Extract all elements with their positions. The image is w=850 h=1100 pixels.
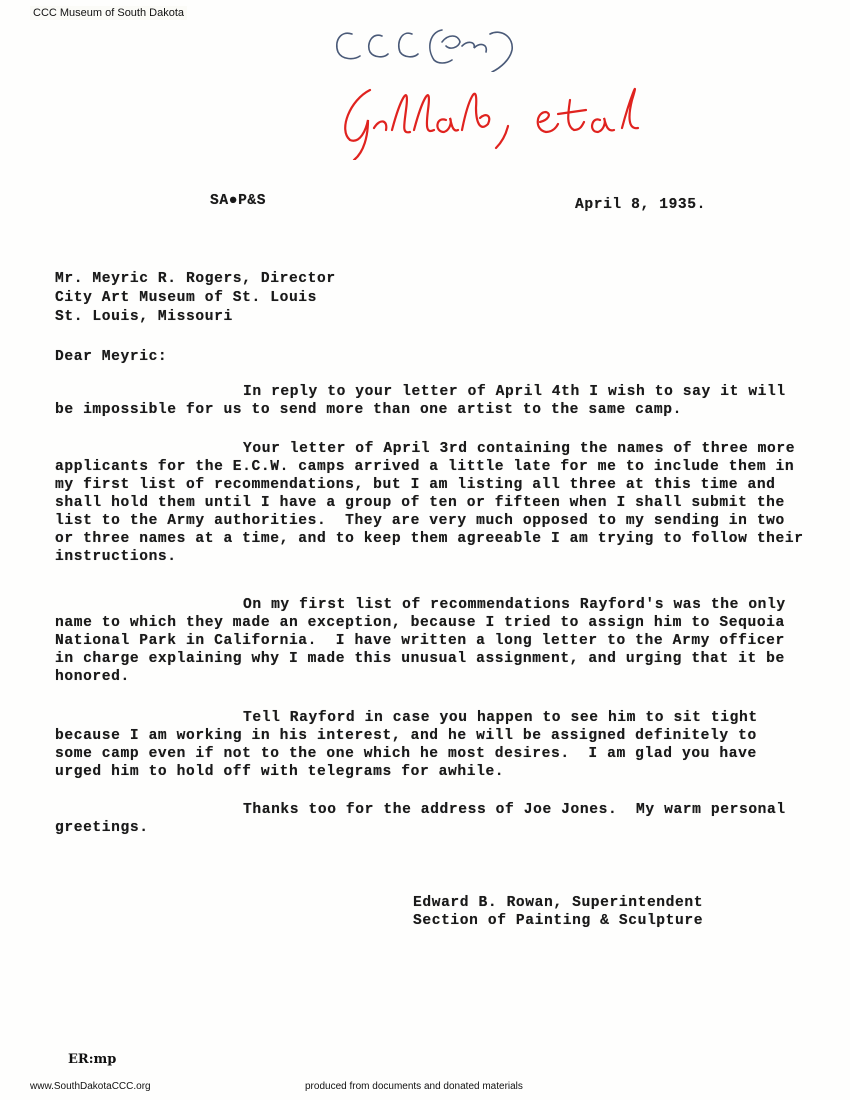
paragraph-line: honored. [55,668,130,686]
archive-header: CCC Museum of South Dakota [30,6,187,20]
paragraph-line: shall hold them until I have a group of … [55,494,785,512]
paragraph-line: my first list of recommendations, but I … [55,476,776,494]
recipient-line-1: Mr. Meyric R. Rogers, Director [55,270,336,288]
recipient-line-2: City Art Museum of St. Louis [55,289,317,307]
paragraph-line: greetings. [55,819,149,837]
signature-line-2: Section of Painting & Sculpture [413,912,703,930]
paragraph-line: National Park in California. I have writ… [55,632,785,650]
salutation: Dear Meyric: [55,348,167,366]
footer-note: produced from documents and donated mate… [305,1081,523,1092]
paragraph-line: some camp even if not to the one which h… [55,745,757,763]
paragraph-line: Tell Rayford in case you happen to see h… [243,709,758,727]
scanned-letter-page: CCC Museum of South Dakota [0,0,850,1100]
paragraph-line: applicants for the E.C.W. camps arrived … [55,458,794,476]
paragraph-line: urged him to hold off with telegrams for… [55,763,504,781]
reference-code: SA●P&S [210,192,266,210]
paragraph-line: because I am working in his interest, an… [55,727,757,745]
letter-date: April 8, 1935. [575,196,706,214]
handwritten-note-red [330,70,650,160]
paragraph-line: Your letter of April 3rd containing the … [243,440,795,458]
paragraph-line: list to the Army authorities. They are v… [55,512,785,530]
paragraph-line: be impossible for us to send more than o… [55,401,682,419]
paragraph-line: On my first list of recommendations Rayf… [243,596,786,614]
footer-website: www.SouthDakotaCCC.org [30,1081,151,1092]
paragraph-line: Thanks too for the address of Joe Jones.… [243,801,786,819]
paragraph-line: In reply to your letter of April 4th I w… [243,383,786,401]
paragraph-line: name to which they made an exception, be… [55,614,785,632]
typist-initials: ER:mp [68,1052,116,1067]
signature-line-1: Edward B. Rowan, Superintendent [413,894,703,912]
recipient-line-3: St. Louis, Missouri [55,308,233,326]
paragraph-line: instructions. [55,548,177,566]
paragraph-line: in charge explaining why I made this unu… [55,650,785,668]
handwritten-note-blue [330,12,550,72]
paragraph-line: or three names at a time, and to keep th… [55,530,804,548]
